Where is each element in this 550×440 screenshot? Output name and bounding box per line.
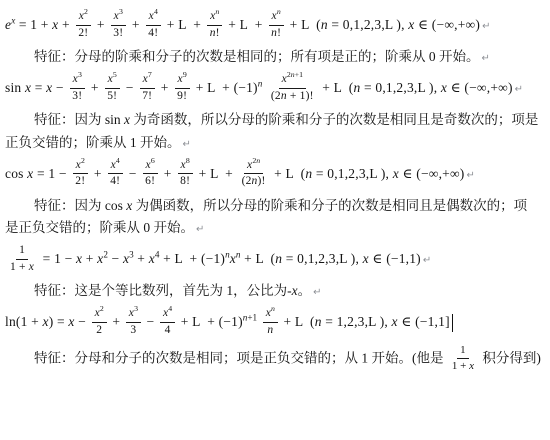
text-run: ∈ (−∞,+∞) <box>447 80 513 95</box>
superscript: 2 <box>84 7 88 16</box>
text-run: 1 <box>460 344 466 356</box>
superscript: 2 <box>81 156 85 165</box>
note-line: 正负交错的；阶乘从 1 开始。↵ <box>5 133 548 154</box>
text-run: cos <box>5 166 27 181</box>
scripted-term: x6 <box>146 159 155 171</box>
superscript: 7 <box>148 70 152 79</box>
fraction: x99! <box>174 72 190 104</box>
fraction: xnn <box>263 306 278 338</box>
text-run: + <box>128 17 143 32</box>
text-run: + <box>87 80 102 95</box>
text-run <box>257 314 261 329</box>
text-run: + L + <box>195 166 236 181</box>
fraction-denominator: 2 <box>93 323 105 339</box>
fraction-denominator: 3! <box>110 26 126 42</box>
fraction: x44! <box>145 9 161 41</box>
text-run: ! <box>216 27 220 39</box>
fraction-numerator: x3 <box>111 9 126 26</box>
text-run: − <box>108 251 123 266</box>
paragraph-mark-icon: ↵ <box>423 255 432 266</box>
text-run: sin <box>5 80 25 95</box>
text-run: 9 <box>183 70 187 79</box>
formula-line: sin x = x − x33! + x55! − x77! + x99! + … <box>5 73 548 105</box>
fraction-denominator: 4 <box>162 323 174 339</box>
text-run: 积分得到) <box>479 351 541 366</box>
text-run: 3! <box>113 27 123 39</box>
text-run: + L ( <box>286 17 321 32</box>
paragraph-mark-icon: ↵ <box>313 287 321 298</box>
fraction-numerator: xn <box>269 9 284 26</box>
text-run: + 1)! <box>287 90 314 102</box>
text-run: + L + <box>160 251 201 266</box>
text-run: 3! <box>72 90 82 102</box>
text-run: 3 <box>134 304 138 313</box>
text-run: 3 <box>119 7 123 16</box>
text-run: 3 <box>78 70 82 79</box>
text-run: 特征：因为 sin <box>34 112 124 127</box>
math-variable: n <box>215 7 219 16</box>
text-run: = 1 − <box>39 251 76 266</box>
text-run: + L ( <box>280 314 315 329</box>
paragraph-mark-icon: ↵ <box>515 84 524 95</box>
math-variable: n <box>256 156 260 165</box>
scripted-term: xn <box>266 307 275 319</box>
text-run: )! <box>258 175 266 187</box>
scripted-term: x5 <box>108 73 117 85</box>
superscript: 2n+1 <box>287 70 303 79</box>
superscript: 3 <box>78 70 82 79</box>
fraction-numerator: x2 <box>73 158 88 175</box>
text-run: = 1 − <box>33 166 70 181</box>
fraction: x33! <box>110 9 126 41</box>
formula-line: 11 + x = 1 − x + x2 − x3 + x4 + L + (−1)… <box>5 244 548 276</box>
text-run: 1 + <box>10 261 29 273</box>
paragraph-mark-icon: ↵ <box>482 53 490 64</box>
text-run: + <box>134 251 149 266</box>
text-run: 4! <box>110 175 120 187</box>
fraction-denominator: 3 <box>127 323 139 339</box>
note-line: 特征：因为 sin x 为奇函数，所以分母的阶乘和分子的次数是相同且是奇数次的；… <box>5 110 548 129</box>
text-run: ∈ (−1,1) <box>369 251 421 266</box>
fraction-numerator: x4 <box>108 158 123 175</box>
text-run: 2! <box>75 175 85 187</box>
text-run: − <box>122 80 137 95</box>
text-run: +1 <box>295 70 303 79</box>
text-run: 特征：分母的阶乘和分子的次数是相同的；所有项是正的；阶乘从 0 开始。 <box>34 49 480 64</box>
scripted-term: (−1)n <box>201 251 230 266</box>
text-run: ln(1 + <box>5 314 43 329</box>
superscript: n <box>215 7 219 16</box>
text-run: = 0,1,2,3,L ), <box>360 80 440 95</box>
text-run: 2 <box>100 304 104 313</box>
superscript: 8 <box>186 156 190 165</box>
text-run: 3 <box>130 324 136 336</box>
fraction-denominator: 5! <box>104 89 120 105</box>
scripted-term: x4 <box>149 251 160 266</box>
fraction-numerator: 1 <box>457 343 469 359</box>
fraction: x66! <box>142 158 158 190</box>
text-run: 4 <box>154 7 158 16</box>
fraction: x22! <box>72 158 88 190</box>
fraction-denominator: 1 + x <box>7 260 37 276</box>
text-run: = 0,1,2,3,L ), <box>282 251 362 266</box>
paragraph-mark-icon: ↵ <box>467 170 476 181</box>
superscript: 2n <box>252 156 260 165</box>
superscript: n <box>271 304 275 313</box>
scripted-term: xn <box>230 251 241 266</box>
fraction-denominator: n! <box>207 26 223 42</box>
fraction-numerator: x2n+1 <box>279 72 306 89</box>
document-lines: ex = 1 + x + x22! + x33! + x44! + L + xn… <box>5 10 548 375</box>
fraction: x2n(2n)! <box>239 158 269 190</box>
superscript: 6 <box>151 156 155 165</box>
formula-line: ln(1 + x) = x − x22 + x33 − x44 + L + (−… <box>5 307 548 339</box>
text-run: − <box>143 314 158 329</box>
fraction-denominator: (2n)! <box>239 174 269 190</box>
fraction: xnn! <box>268 9 284 41</box>
text-run: ∈ (−1,1] <box>398 314 450 329</box>
scripted-term: x7 <box>143 73 152 85</box>
scripted-term: xn <box>272 10 281 22</box>
text-run: + L + <box>192 80 233 95</box>
text-run: 。 <box>298 283 312 298</box>
scripted-term: x2 <box>76 159 85 171</box>
scripted-term: xn <box>210 10 219 22</box>
fraction-numerator: x2n <box>244 158 263 175</box>
scripted-term: x2 <box>79 10 88 22</box>
math-variable: n <box>277 7 281 16</box>
text-run: + <box>82 251 97 266</box>
text-run: + <box>90 166 105 181</box>
fraction: x2n+1(2n + 1)! <box>268 72 317 104</box>
text-run: − <box>125 166 140 181</box>
paragraph-mark-icon: ↵ <box>196 224 204 235</box>
fraction-denominator: n <box>264 323 276 339</box>
text-run: 1 <box>19 244 25 256</box>
text-run: 7! <box>142 90 152 102</box>
superscript: 4 <box>168 304 172 313</box>
text-run: = 1 + <box>15 17 52 32</box>
text-run: (2 <box>242 175 252 187</box>
text-run: = 0,1,2,3,L ), <box>312 166 392 181</box>
document-page: ex = 1 + x + x22! + x33! + x44! + L + xn… <box>0 0 550 375</box>
text-run: = <box>31 80 46 95</box>
fraction-numerator: x8 <box>178 158 193 175</box>
text-run: = 0,1,2,3,L ), <box>328 17 408 32</box>
text-run: + L ( <box>319 80 354 95</box>
formula-line: ex = 1 + x + x22! + x33! + x44! + L + xn… <box>5 10 548 42</box>
fraction-denominator: 4! <box>145 26 161 42</box>
fraction-denominator: n! <box>268 26 284 42</box>
note-line: 特征：分母和分子的次数是相同；项是正负交错的；从 1 开始。(他是 11 + x… <box>5 344 548 375</box>
text-run: 正负交错的；阶乘从 1 开始。 <box>5 135 181 150</box>
fraction-denominator: 2! <box>72 174 88 190</box>
scripted-term: x9 <box>178 73 187 85</box>
fraction-denominator: 8! <box>177 174 193 190</box>
superscript: n+1 <box>243 313 257 323</box>
fraction-denominator: 2! <box>75 26 91 42</box>
text-run: 4 <box>168 304 172 313</box>
fraction-denominator: 9! <box>174 89 190 105</box>
fraction-denominator: 3! <box>69 89 85 105</box>
text-run: + <box>58 17 73 32</box>
text-run: 是正负交错的；阶乘从 0 开始。 <box>5 220 194 235</box>
fraction-denominator: 7! <box>139 89 155 105</box>
fraction: xnn! <box>207 9 223 41</box>
text-run: 2 <box>84 7 88 16</box>
text-run: + L + <box>163 17 204 32</box>
text-run: 为偶函数，所以分母的阶乘和分子的次数是相同且是偶数次的；项 <box>132 198 527 213</box>
text-run: + <box>93 17 108 32</box>
fraction: x22 <box>92 306 107 338</box>
scripted-term: x2n+1 <box>282 73 303 85</box>
scripted-term: x2n <box>247 159 260 171</box>
math-variable: x <box>29 261 34 273</box>
scripted-term: x3 <box>114 10 123 22</box>
text-run: + L + <box>177 314 218 329</box>
fraction-numerator: x2 <box>92 306 107 323</box>
superscript: 2 <box>100 304 104 313</box>
note-line: 是正负交错的；阶乘从 0 开始。↵ <box>5 218 548 239</box>
note-line: 特征：因为 cos x 为偶函数，所以分母的阶乘和分子的次数是相同且是偶数次的；… <box>5 196 548 215</box>
fraction-numerator: x9 <box>175 72 190 89</box>
text-run: 8! <box>180 175 190 187</box>
fraction-numerator: x3 <box>126 306 141 323</box>
paragraph-mark-icon: ↵ <box>183 139 191 150</box>
fraction-denominator: 1 + x <box>449 359 477 374</box>
note-line: 特征：分母的阶乘和分子的次数是相同的；所有项是正的；阶乘从 0 开始。↵ <box>5 47 548 68</box>
text-run: 4! <box>148 27 158 39</box>
scripted-term: x4 <box>149 10 158 22</box>
text-run: ) = <box>49 314 69 329</box>
note-line: 特征：这是个等比数列，首先为 1，公比为-x。↵ <box>5 281 548 302</box>
superscript: 5 <box>113 70 117 79</box>
text-run: 特征：分母和分子的次数是相同；项是正负交错的；从 1 开始。(他是 <box>34 351 447 366</box>
text-run: 4 <box>165 324 171 336</box>
fraction: x88! <box>177 158 193 190</box>
text-run: ∈ (−∞,+∞) <box>399 166 465 181</box>
text-run: − <box>75 314 90 329</box>
paragraph-mark-icon: ↵ <box>482 21 491 32</box>
fraction: x33! <box>69 72 85 104</box>
text-run: 2! <box>78 27 88 39</box>
fraction-numerator: x3 <box>70 72 85 89</box>
math-variable: n <box>267 324 273 336</box>
scripted-term: x3 <box>129 307 138 319</box>
text-run: 6 <box>151 156 155 165</box>
fraction: x44 <box>160 306 175 338</box>
superscript: 3 <box>119 7 123 16</box>
formula-line: cos x = 1 − x22! + x44! − x66! + x88! + … <box>5 159 548 191</box>
fraction-numerator: xn <box>207 9 222 26</box>
math-variable: n <box>315 314 322 329</box>
superscript: 9 <box>183 70 187 79</box>
text-run: (−1) <box>234 80 258 95</box>
fraction-numerator: x6 <box>143 158 158 175</box>
fraction-numerator: 1 <box>16 243 28 260</box>
fraction: 11 + x <box>7 243 37 275</box>
text-run: 2 <box>96 324 102 336</box>
math-variable: x <box>469 360 474 372</box>
scripted-term: x3 <box>73 73 82 85</box>
fraction-denominator: 4! <box>107 174 123 190</box>
superscript: 4 <box>116 156 120 165</box>
fraction-numerator: x5 <box>105 72 120 89</box>
text-run: 2 <box>81 156 85 165</box>
scripted-term: x2 <box>95 307 104 319</box>
text-run: 7 <box>148 70 152 79</box>
text-run: + <box>157 80 172 95</box>
scripted-term: x4 <box>111 159 120 171</box>
text-run: 6! <box>145 175 155 187</box>
scripted-term: x4 <box>163 307 172 319</box>
text-run: + <box>160 166 175 181</box>
text-run: + L ( <box>271 166 306 181</box>
text-run: (−1) <box>201 251 225 266</box>
text-run: − <box>52 80 67 95</box>
fraction: x33 <box>126 306 141 338</box>
text-run: 5! <box>107 90 117 102</box>
text-run: 特征：因为 cos <box>34 198 126 213</box>
fraction-numerator: x2 <box>76 9 91 26</box>
fraction: x44! <box>107 158 123 190</box>
text-run: (−1) <box>219 314 243 329</box>
superscript: n <box>277 7 281 16</box>
fraction: x22! <box>75 9 91 41</box>
text-run: 9! <box>177 90 187 102</box>
fraction-denominator: 6! <box>142 174 158 190</box>
text-run: 1 + <box>452 360 469 372</box>
scripted-term: x3 <box>123 251 134 266</box>
fraction: x77! <box>139 72 155 104</box>
text-run: + L + <box>225 17 266 32</box>
text-run: + <box>109 314 124 329</box>
fraction: 11 + x <box>449 343 477 374</box>
math-variable: n <box>321 17 328 32</box>
text-run: = 1,2,3,L ), <box>322 314 392 329</box>
scripted-term: (−1)n <box>234 80 263 95</box>
fraction-denominator: (2n + 1)! <box>268 89 317 105</box>
scripted-term: (−1)n+1 <box>219 314 258 329</box>
scripted-term: x8 <box>181 159 190 171</box>
fraction-numerator: x4 <box>160 306 175 323</box>
text-run: +1 <box>247 313 257 323</box>
text-run: (2 <box>271 90 281 102</box>
text-run <box>262 80 266 95</box>
text-run: ∈ (−∞,+∞) <box>414 17 480 32</box>
fraction-numerator: x4 <box>146 9 161 26</box>
text-run: 为奇函数，所以分母的阶乘和分子的次数是相同且是奇数次的；项是 <box>130 112 538 127</box>
text-cursor[interactable] <box>452 314 454 332</box>
superscript: 3 <box>134 304 138 313</box>
scripted-term: x2 <box>97 251 108 266</box>
text-run: 特征：这是个等比数列，首先为 1，公比为- <box>34 283 292 298</box>
fraction-numerator: x7 <box>140 72 155 89</box>
text-run: + L ( <box>241 251 276 266</box>
text-run: 8 <box>186 156 190 165</box>
scripted-term: ex <box>5 17 15 32</box>
text-run: 5 <box>113 70 117 79</box>
text-run: ! <box>277 27 281 39</box>
fraction-numerator: xn <box>263 306 278 323</box>
math-variable: n <box>271 304 275 313</box>
fraction: x55! <box>104 72 120 104</box>
text-run: 4 <box>116 156 120 165</box>
superscript: 4 <box>154 7 158 16</box>
